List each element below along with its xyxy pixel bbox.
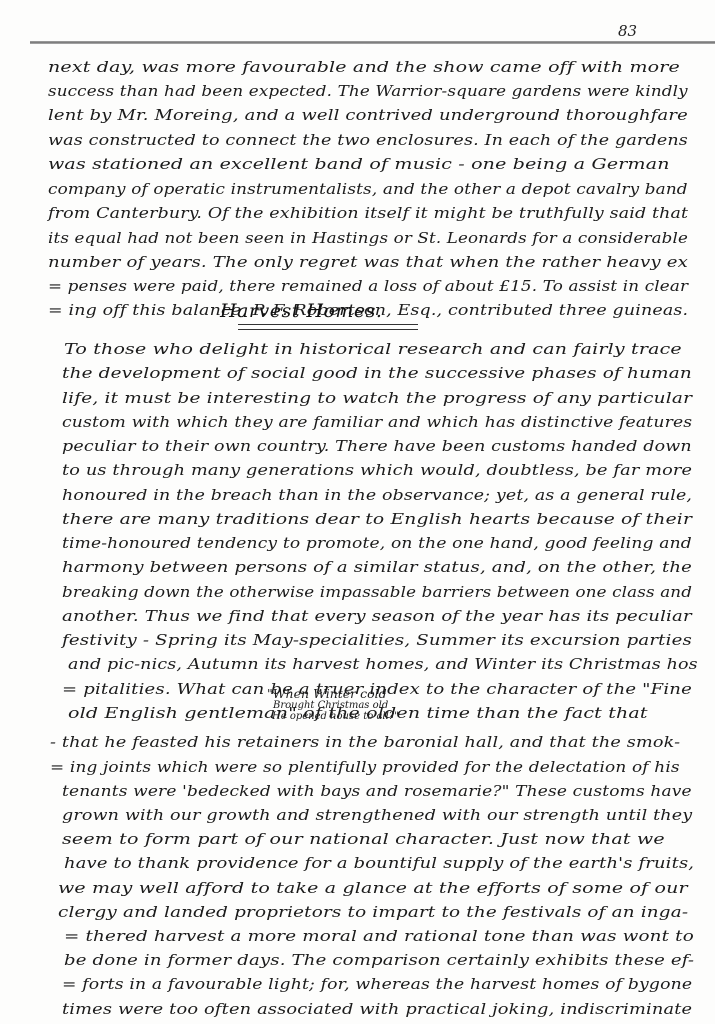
text-line: to us through many generations which wou…: [62, 461, 692, 479]
section-heading: Harvest Homes.: [220, 300, 382, 322]
text-line: number of years. The only regret was tha…: [48, 253, 688, 271]
text-line: breaking down the otherwise impassable b…: [62, 583, 692, 601]
text-line: next day, was more favourable and the sh…: [48, 58, 680, 76]
text-line: another. Thus we find that every season …: [62, 607, 692, 625]
text-line: be done in former days. The comparison c…: [64, 951, 694, 969]
text-line: clergy and landed proprietors to impart …: [58, 903, 688, 921]
verse-quote-line: "When Winter cold: [267, 686, 387, 701]
text-line: the development of social good in the su…: [62, 364, 692, 382]
text-line: To those who delight in historical resea…: [64, 340, 682, 358]
text-line: have to thank providence for a bountiful…: [64, 854, 694, 872]
text-line: tenants were 'bedecked with bays and ros…: [62, 782, 692, 800]
text-line: peculiar to their own country. There hav…: [62, 437, 692, 455]
text-line: times were too often associated with pra…: [62, 1000, 692, 1018]
text-line: honoured in the breach than in the obser…: [62, 486, 692, 504]
text-line: its equal had not been seen in Hastings …: [48, 229, 688, 247]
header-rule: [30, 41, 715, 44]
text-line: = ing joints which were so plentifully p…: [50, 758, 680, 776]
text-line: lent by Mr. Moreing, and a well contrive…: [48, 106, 688, 124]
text-line: = penses were paid, there remained a los…: [48, 277, 688, 295]
text-line: company of operatic instrumentalists, an…: [48, 180, 688, 198]
text-line: was constructed to connect the two enclo…: [48, 131, 688, 149]
page-number: 83: [618, 22, 637, 40]
text-line: grown with our growth and strengthened w…: [62, 806, 692, 824]
text-line: custom with which they are familiar and …: [62, 413, 692, 431]
text-line: seem to form part of our national charac…: [62, 830, 665, 848]
manuscript-page: 83 next day, was more favourable and the…: [0, 0, 715, 1024]
text-line: we may well afford to take a glance at t…: [58, 879, 688, 897]
text-line: from Canterbury. Of the exhibition itsel…: [48, 204, 688, 222]
heading-underline: [238, 324, 418, 330]
text-line: - that he feasted his retainers in the b…: [50, 733, 680, 751]
text-line: harmony between persons of a similar sta…: [62, 558, 692, 576]
text-line: success than had been expected. The Warr…: [48, 82, 688, 100]
text-line: time-honoured tendency to promote, on th…: [62, 534, 692, 552]
text-line: life, it must be interesting to watch th…: [62, 389, 692, 407]
text-line: was stationed an excellent band of music…: [48, 155, 670, 173]
text-line: and pic-nics, Autumn its harvest homes, …: [68, 655, 698, 673]
text-line: festivity - Spring its May-specialities,…: [62, 631, 692, 649]
text-line: there are many traditions dear to Englis…: [62, 510, 692, 528]
text-line: = forts in a favourable light; for, wher…: [62, 975, 692, 993]
verse-quote-line: Brought Christmas old: [273, 700, 388, 711]
text-line: = thered harvest a more moral and ration…: [64, 927, 694, 945]
verse-quote-line: He opened house to all?": [272, 711, 399, 722]
